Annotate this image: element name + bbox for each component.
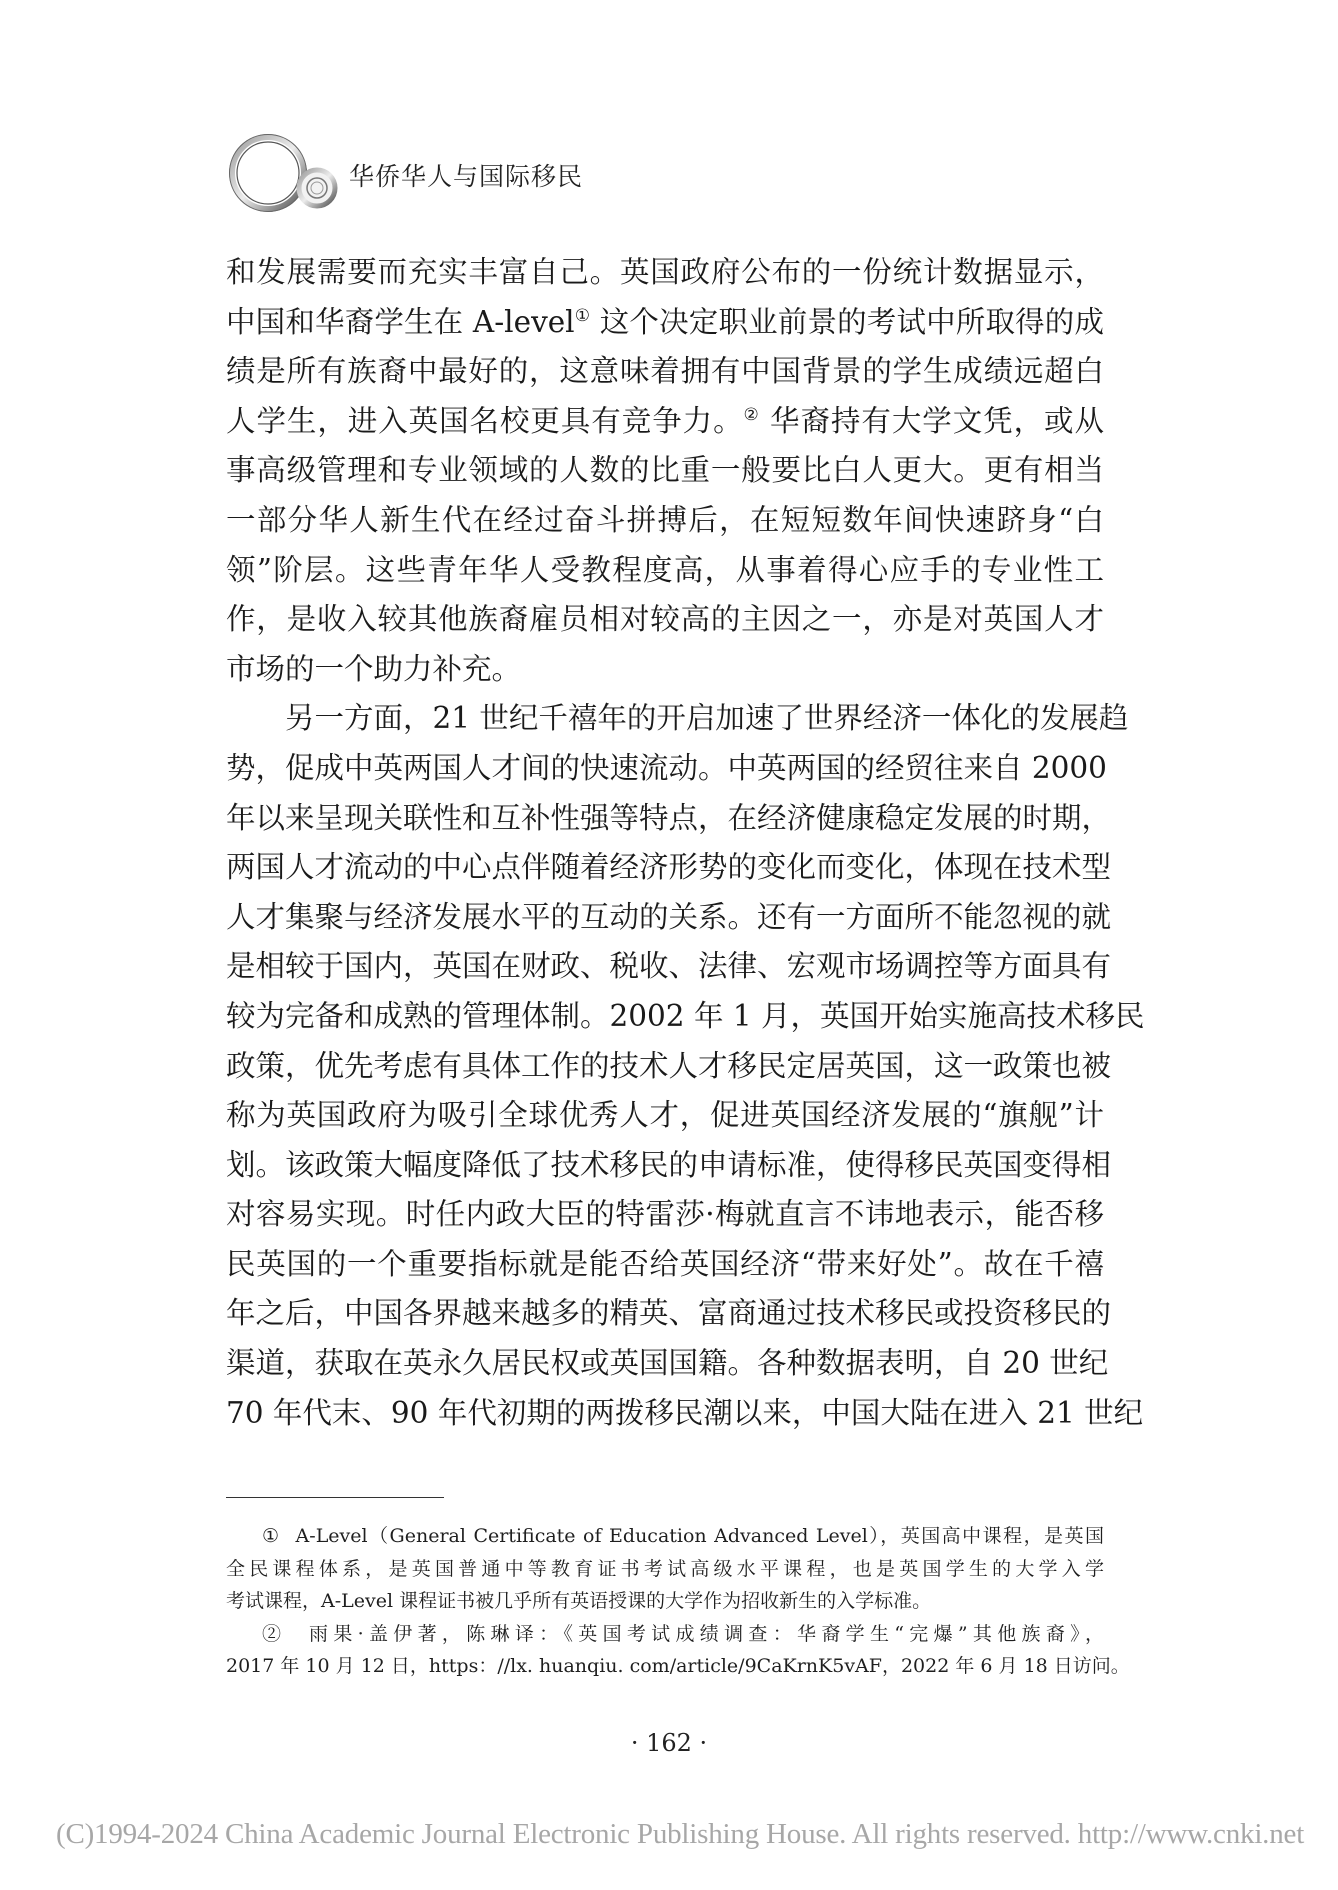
text-line: 年之后，中国各界越来越多的精英、富商通过技术移民或投资移民的 [226, 1289, 1104, 1339]
text-line: 2017 年 10 月 12 日，https：//lx. huanqiu. co… [226, 1650, 1104, 1683]
body-text: 和发展需要而充实丰富自己。英国政府公布的一份统计数据显示， 中国和华裔学生在 A… [226, 248, 1104, 1438]
text-line: 势，促成中英两国人才间的快速流动。中英两国的经贸往来自 2000 [226, 744, 1104, 794]
text-line: 两国人才流动的中心点伴随着经济形势的变化而变化，体现在技术型 [226, 843, 1104, 893]
text-line: 市场的一个助力补充。 [226, 645, 1104, 695]
text-line: 作，是收入较其他族裔雇员相对较高的主因之一，亦是对英国人才 [226, 595, 1104, 645]
footnotes: ① A-Level（General Certificate of Educati… [226, 1520, 1104, 1683]
text-line: 人才集聚与经济发展水平的互动的关系。还有一方面所不能忽视的就 [226, 893, 1104, 943]
footnote-2: ② 雨果·盖伊著，陈琳译：《英国考试成绩调查：华裔学生“完爆”其他族裔》， 20… [226, 1618, 1104, 1683]
text-line: 对容易实现。时任内政大臣的特雷莎·梅就直言不讳地表示，能否移 [226, 1190, 1104, 1240]
text-line: 称为英国政府为吸引全球优秀人才，促进英国经济发展的“旗舰”计 [226, 1091, 1104, 1141]
text-line: 和发展需要而充实丰富自己。英国政府公布的一份统计数据显示， [226, 248, 1104, 298]
text-line: 事高级管理和专业领域的人数的比重一般要比白人更大。更有相当 [226, 446, 1104, 496]
footnote-ref-1[interactable]: ① [575, 306, 591, 326]
text-line: 中国和华裔学生在 A-level① 这个决定职业前景的考试中所取得的成 [226, 298, 1104, 348]
paragraph-1: 和发展需要而充实丰富自己。英国政府公布的一份统计数据显示， 中国和华裔学生在 A… [226, 248, 1104, 694]
footnote-mark: ② [262, 1623, 286, 1645]
text-line: 全民课程体系，是英国普通中等教育证书考试高级水平课程，也是英国学生的大学入学 [226, 1553, 1104, 1586]
text-line: 一部分华人新生代在经过奋斗拼搏后，在短短数年间快速跻身“白 [226, 496, 1104, 546]
text-line: 是相较于国内，英国在财政、税收、法律、宏观市场调控等方面具有 [226, 942, 1104, 992]
paragraph-2: 另一方面，21 世纪千禧年的开启加速了世界经济一体化的发展趋 势，促成中英两国人… [226, 694, 1104, 1438]
text-line: 政策，优先考虑有具体工作的技术人才移民定居英国，这一政策也被 [226, 1042, 1104, 1092]
text-line: 考试课程，A-Level 课程证书被几乎所有英语授课的大学作为招收新生的入学标准… [226, 1585, 1104, 1618]
text-line: 另一方面，21 世纪千禧年的开启加速了世界经济一体化的发展趋 [226, 694, 1104, 744]
text-line: 年以来呈现关联性和互补性强等特点，在经济健康稳定发展的时期， [226, 794, 1104, 844]
text-line: 绩是所有族裔中最好的，这意味着拥有中国背景的学生成绩远超白 [226, 347, 1104, 397]
text-line: 人学生，进入英国名校更具有竞争力。② 华裔持有大学文凭，或从 [226, 397, 1104, 447]
footnote-1: ① A-Level（General Certificate of Educati… [226, 1520, 1104, 1618]
page-number: · 162 · [0, 1729, 1338, 1757]
text-line: 划。该政策大幅度降低了技术移民的申请标准，使得移民英国变得相 [226, 1141, 1104, 1191]
text-line: 民英国的一个重要指标就是能否给英国经济“带来好处”。故在千禧 [226, 1240, 1104, 1290]
footnote-divider [226, 1497, 444, 1498]
copyright-watermark: (C)1994-2024 China Academic Journal Elec… [56, 1818, 1304, 1851]
footnote-mark: ① [262, 1525, 281, 1547]
text-line: 较为完备和成熟的管理体制。2002 年 1 月，英国开始实施高技术移民 [226, 992, 1104, 1042]
text-line: 领”阶层。这些青年华人受教程度高，从事着得心应手的专业性工 [226, 546, 1104, 596]
running-header: 华侨华人与国际移民 [228, 133, 728, 223]
footnote-ref-2[interactable]: ② [744, 405, 760, 425]
text-line: 渠道，获取在英永久居民权或英国国籍。各种数据表明，自 20 世纪 [226, 1339, 1104, 1389]
double-ring-logo-icon [228, 133, 348, 213]
text-line: 70 年代末、90 年代初期的两拨移民潮以来，中国大陆在进入 21 世纪 [226, 1389, 1104, 1439]
journal-title: 华侨华人与国际移民 [349, 157, 583, 193]
